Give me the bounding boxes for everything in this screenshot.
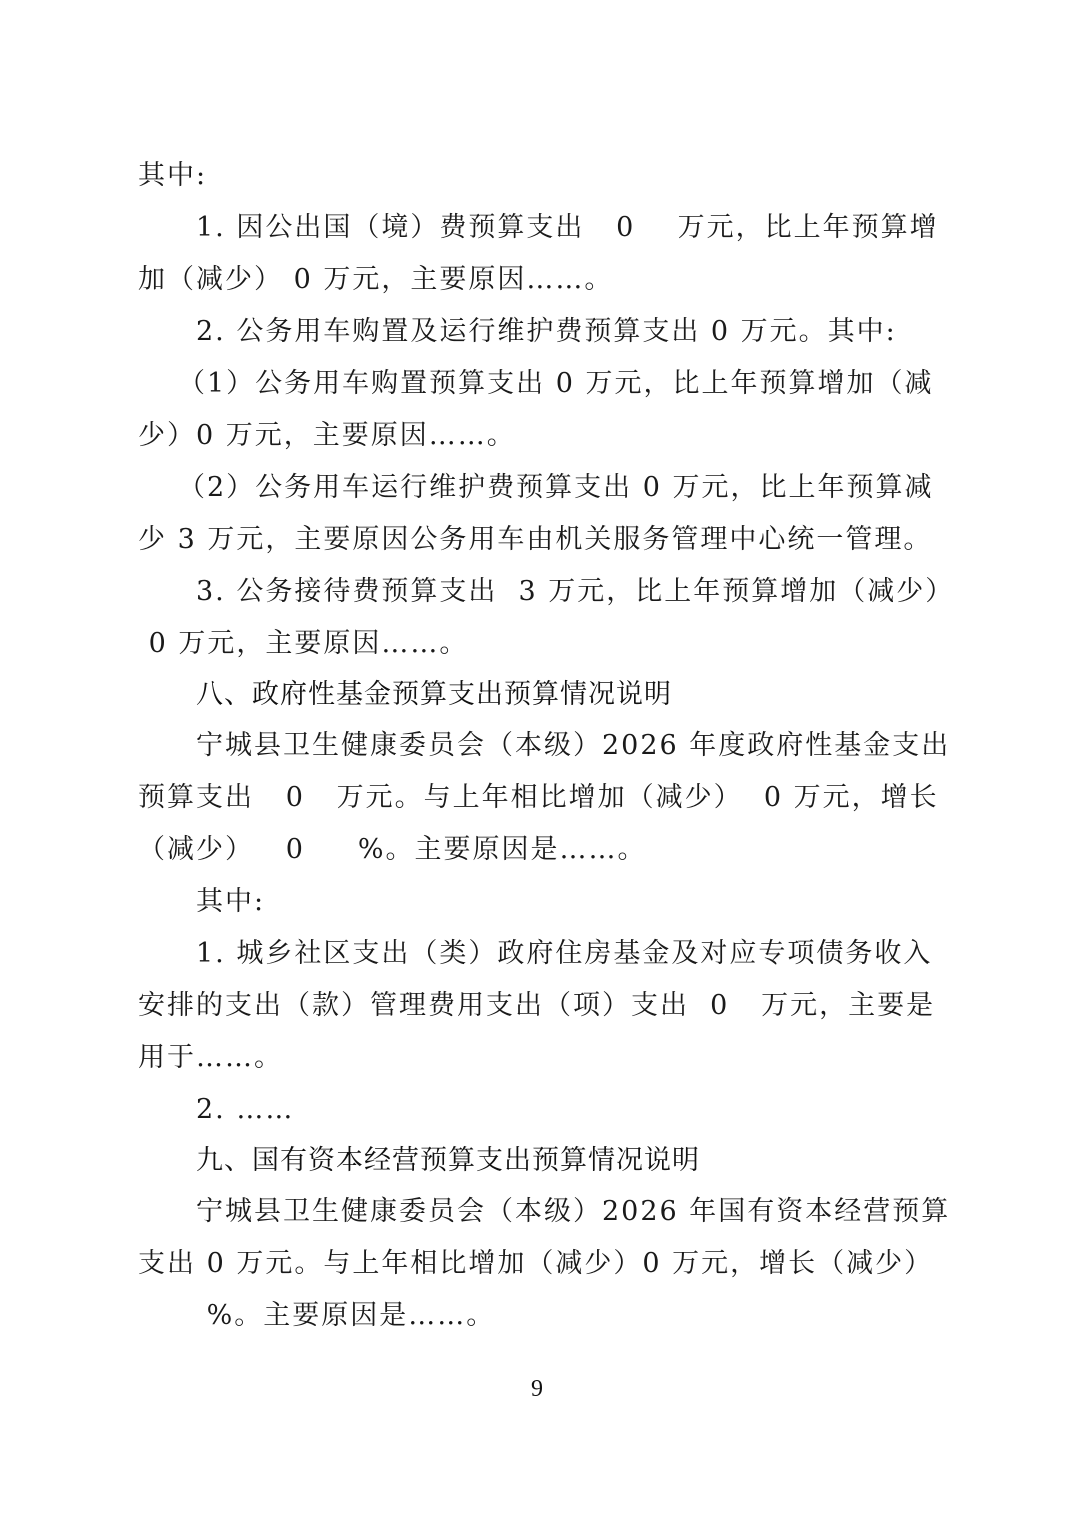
text-line: 2. 公务用车购置及运行维护费预算支出 0 万元。其中: <box>196 314 996 350</box>
text-line: （1）公务用车购置预算支出 0 万元，比上年预算增加（减 <box>178 366 978 402</box>
text-line: （减少） 0 %。主要原因是……。 <box>138 832 938 868</box>
text-line: 2. …… <box>196 1092 996 1128</box>
text-line: 1. 城乡社区支出（类）政府住房基金及对应专项债务收入 <box>196 936 996 972</box>
text-line: （2）公务用车运行维护费预算支出 0 万元，比上年预算减 <box>178 470 978 506</box>
text-line: 宁城县卫生健康委员会（本级）2026 年国有资本经营预算 <box>196 1194 996 1230</box>
text-line: 3. 公务接待费预算支出 3 万元，比上年预算增加（减少） <box>196 574 996 610</box>
text-line: 预算支出 0 万元。与上年相比增加（减少） 0 万元，增长 <box>138 780 938 816</box>
text-line: %。主要原因是……。 <box>196 1298 996 1334</box>
text-line: 其中: <box>138 158 938 194</box>
text-line: 其中: <box>196 884 996 920</box>
section-heading: 九、国有资本经营预算支出预算情况说明 <box>196 1143 996 1179</box>
page-number: 9 <box>0 1376 1074 1403</box>
text-line: 宁城县卫生健康委员会（本级）2026 年度政府性基金支出 <box>196 728 996 764</box>
text-line: 0 万元，主要原因……。 <box>138 626 938 662</box>
text-line: 1. 因公出国（境）费预算支出 0 万元，比上年预算增 <box>196 210 996 246</box>
section-heading: 八、政府性基金预算支出预算情况说明 <box>196 677 996 713</box>
text-line: 用于……。 <box>138 1040 938 1076</box>
text-line: 支出 0 万元。与上年相比增加（减少）0 万元，增长（减少） <box>138 1246 938 1282</box>
document-page: 其中: 1. 因公出国（境）费预算支出 0 万元，比上年预算增 加（减少） 0 … <box>0 0 1074 1520</box>
text-line: 安排的支出（款）管理费用支出（项）支出 0 万元，主要是 <box>138 988 938 1024</box>
text-line: 少）0 万元，主要原因……。 <box>138 418 938 454</box>
text-line: 少 3 万元，主要原因公务用车由机关服务管理中心统一管理。 <box>138 522 938 558</box>
text-line: 加（减少） 0 万元，主要原因……。 <box>138 262 938 298</box>
